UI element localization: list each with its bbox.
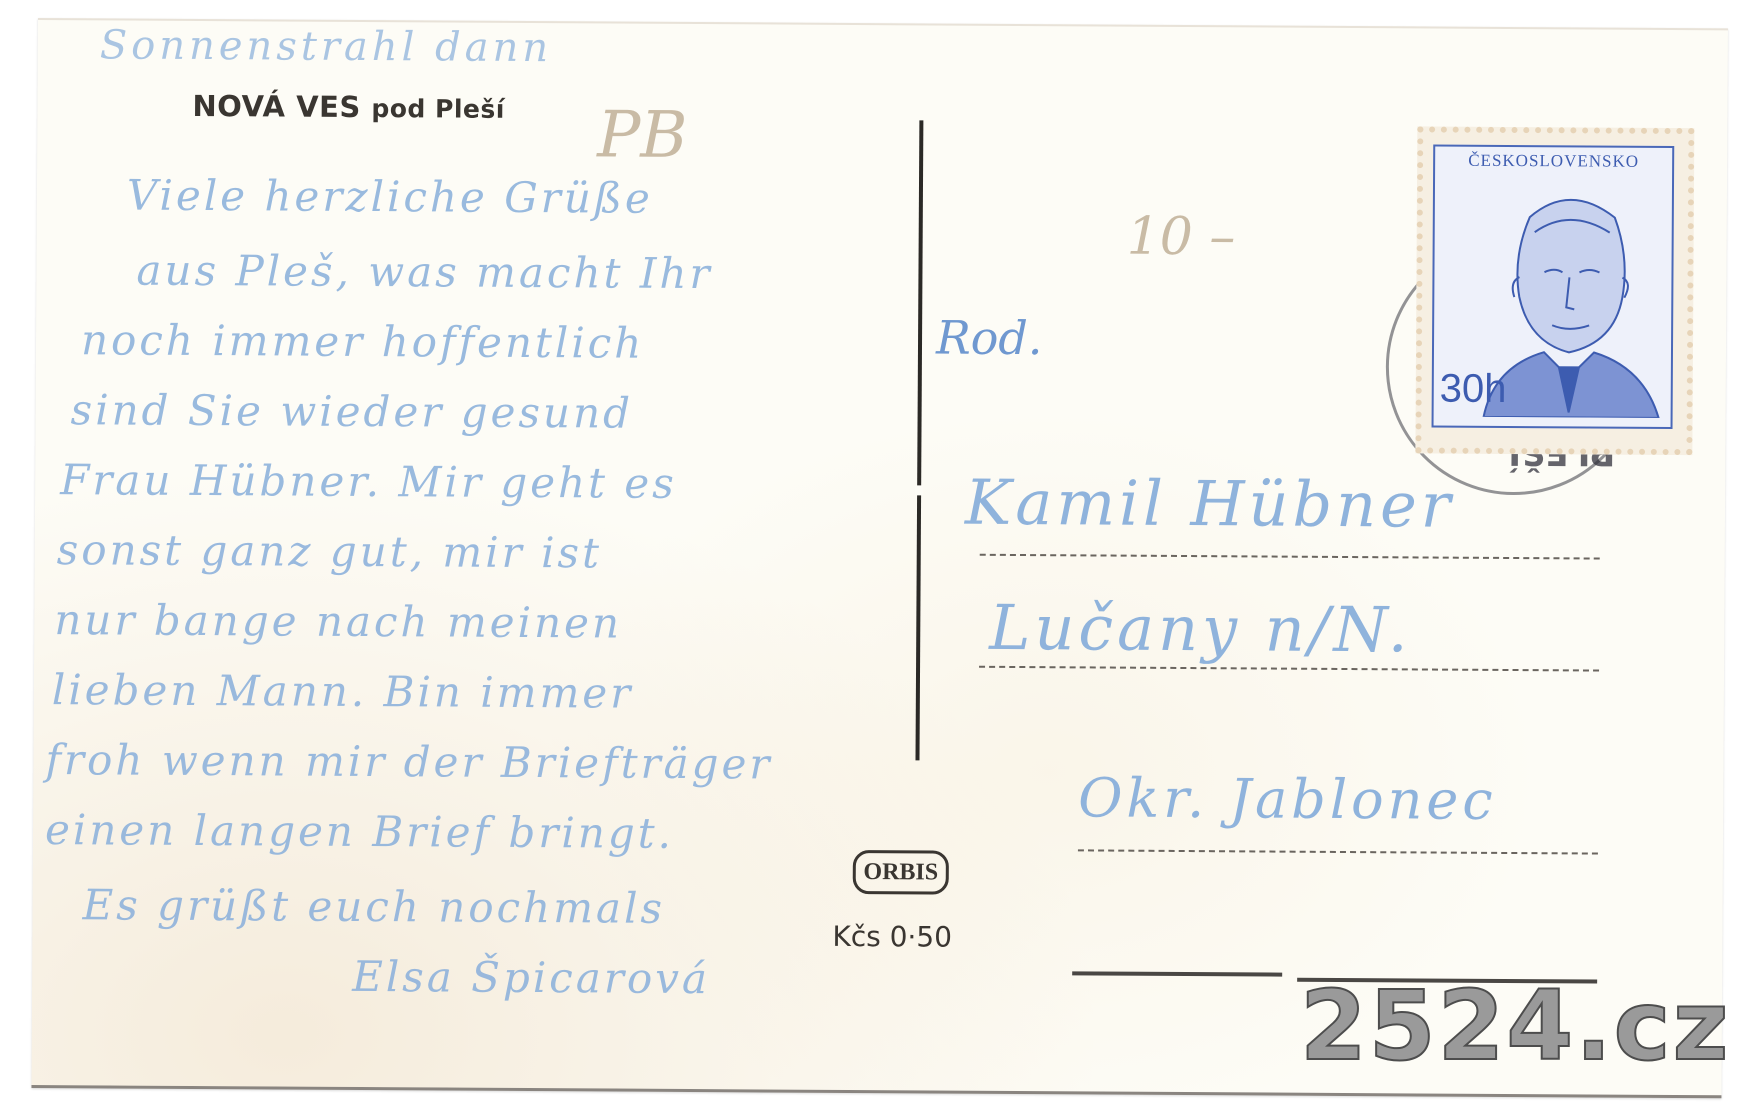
address-rule: [1078, 849, 1598, 854]
handwritten-top-note: Sonnenstrahl dann: [100, 22, 553, 71]
message-line: nur bange nach meinen: [54, 595, 622, 647]
message-line: aus Pleš, was macht Ihr: [136, 246, 712, 299]
pencil-initials: PB: [597, 98, 688, 173]
postcard: Sonnenstrahl dann NOVÁ VES pod Pleší PB …: [31, 18, 1728, 1098]
pencil-number: 10 –: [1127, 207, 1236, 268]
address-prefix: Rod.: [936, 310, 1043, 365]
address-rule-solid: [1072, 971, 1282, 976]
address-line: Kamil Hübner: [965, 466, 1455, 542]
message-line: Es grüßt euch nochmals: [82, 880, 665, 933]
postage-stamp: ČESKOSLOVENSKO 30h: [1415, 126, 1694, 455]
price-label: Kčs 0·50: [832, 920, 952, 954]
title-main: NOVÁ VES: [192, 89, 361, 124]
message-line: lieben Mann. Bin immer: [52, 665, 634, 718]
center-divider: [915, 120, 923, 760]
address-line: Okr. Jablonec: [1078, 766, 1497, 832]
address-line: Lučany n/N.: [989, 591, 1412, 667]
message-line: sind Sie wieder gesund: [70, 385, 633, 437]
message-line: Frau Hübner. Mir geht es: [60, 455, 677, 508]
signature: Elsa Špicarová: [352, 952, 710, 1003]
postcard-title: NOVÁ VES pod Pleší: [192, 89, 505, 125]
message-line: einen langen Brief bringt.: [45, 805, 674, 858]
title-rest: pod Pleší: [371, 94, 505, 124]
message-line: sonst ganz gut, mir ist: [57, 525, 602, 577]
watermark: 2524.cz: [1300, 970, 1730, 1082]
address-rule: [979, 666, 1599, 672]
address-rule: [980, 554, 1600, 560]
message-line: noch immer hoffentlich: [81, 315, 645, 367]
publisher-logo: ORBIS: [853, 850, 949, 895]
stamp-value: 30h: [1440, 367, 1507, 412]
stamp-country: ČESKOSLOVENSKO: [1435, 151, 1672, 172]
message-line: Viele herzliche Grüße: [127, 171, 653, 223]
message-line: froh wenn mir der Briefträger: [45, 735, 772, 788]
